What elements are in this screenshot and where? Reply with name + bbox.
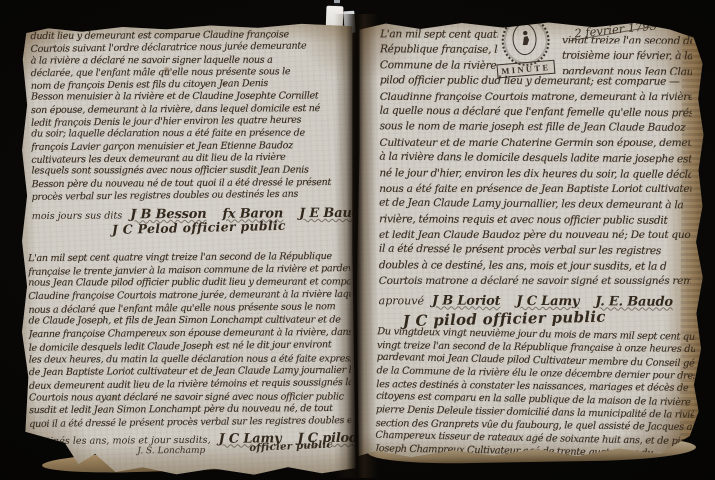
right-entry-1-signature-row: aprouvéJ B LoriotJ C LamyJ. E. Baudo: [379, 289, 689, 310]
manuscript-line: les deux heures, du matin la quelle décl…: [29, 353, 351, 367]
line-segment: Commune de la rivière et: [380, 58, 498, 74]
manuscript-line: Besson menuisier à la rivière et de Clau…: [31, 91, 347, 104]
manuscript-line: à la rivière dans le domicile desquels l…: [379, 150, 691, 168]
manuscript-line: la quelle nous a déclaré que l'enfant fe…: [380, 104, 692, 122]
manuscript-line: à la rivière a déclaré ne savoir signer …: [31, 54, 347, 67]
witness-signature: J. S. Lonchamp: [137, 446, 205, 456]
manuscript-line: nous a été faite en présence de Jean Bap…: [379, 182, 691, 197]
signature: J B Loriot: [432, 293, 501, 308]
manuscript-line: de Claude Joseph, et fils de Jean Simon …: [28, 315, 350, 329]
closing-text: mois jours sus dits: [32, 210, 123, 222]
manuscript-line: Courtois nous ayant déclaré ne savoir si…: [29, 391, 351, 405]
manuscript-right-page: 2 fevrier 1793 MINUTE L'an mil sept cent…: [356, 17, 704, 465]
manuscript-line: Cultivateur et de marie Chaterine Germin…: [380, 136, 692, 151]
stamp-minute-label: MINUTE: [496, 60, 555, 79]
signature: J. E. Baudo: [595, 294, 673, 309]
manuscript-line: rivière, témoins requis et avec nous off…: [379, 212, 691, 229]
officer-signature: J C Pelod officier public: [112, 218, 286, 237]
line-segment: L'an mil sept cent quatre: [380, 27, 498, 43]
left-entry-1: dudit lieu y demeurant est comparue Clau…: [30, 29, 347, 203]
line-segment: troisième jour février, à la maison: [562, 50, 692, 60]
stamp-figure-icon: [519, 30, 532, 47]
manuscript-line: Courtois matrone a déclaré ne savoir sig…: [379, 274, 691, 289]
stamp-oval-emblem: [500, 15, 550, 67]
left-entry-2: L'an mil sept cent quatre vingt treize l…: [28, 251, 351, 431]
right-entry-2: Du vingtdeux vingt neuvième jour du mois…: [375, 325, 695, 461]
manuscript-line: du soir; laquelle déclaration nous a été…: [31, 128, 347, 141]
manuscript-left-page: dudit lieu y demeurant est comparue Clau…: [14, 21, 355, 477]
manuscript-line: nous Jean Claude pilod officier public d…: [28, 277, 350, 291]
manuscript-line: né le jour d'hier, environ les dix heure…: [379, 166, 691, 183]
manuscript-line: doubles à ce destiné, les ans, mois et j…: [379, 258, 691, 275]
manuscript-line: et de Jean Claude Lamy journallier, les …: [379, 196, 691, 214]
manuscript-line: sous le nom de marie joseph est fille de…: [380, 120, 692, 137]
manuscript-line: lesquels sont soussignés avec nous offic…: [31, 165, 347, 178]
line-segment: République française, le: [380, 43, 498, 59]
photograph-backdrop: dudit lieu y demeurant est comparue Clau…: [0, 0, 715, 480]
officer-signature: officier public: [249, 440, 333, 454]
notary-stamp: MINUTE: [494, 15, 559, 84]
signature: J C Lamy: [516, 294, 579, 309]
closing-text: aprouvé: [379, 294, 424, 307]
manuscript-line: Claudinne françoise Courtois matrone, de…: [380, 90, 692, 105]
